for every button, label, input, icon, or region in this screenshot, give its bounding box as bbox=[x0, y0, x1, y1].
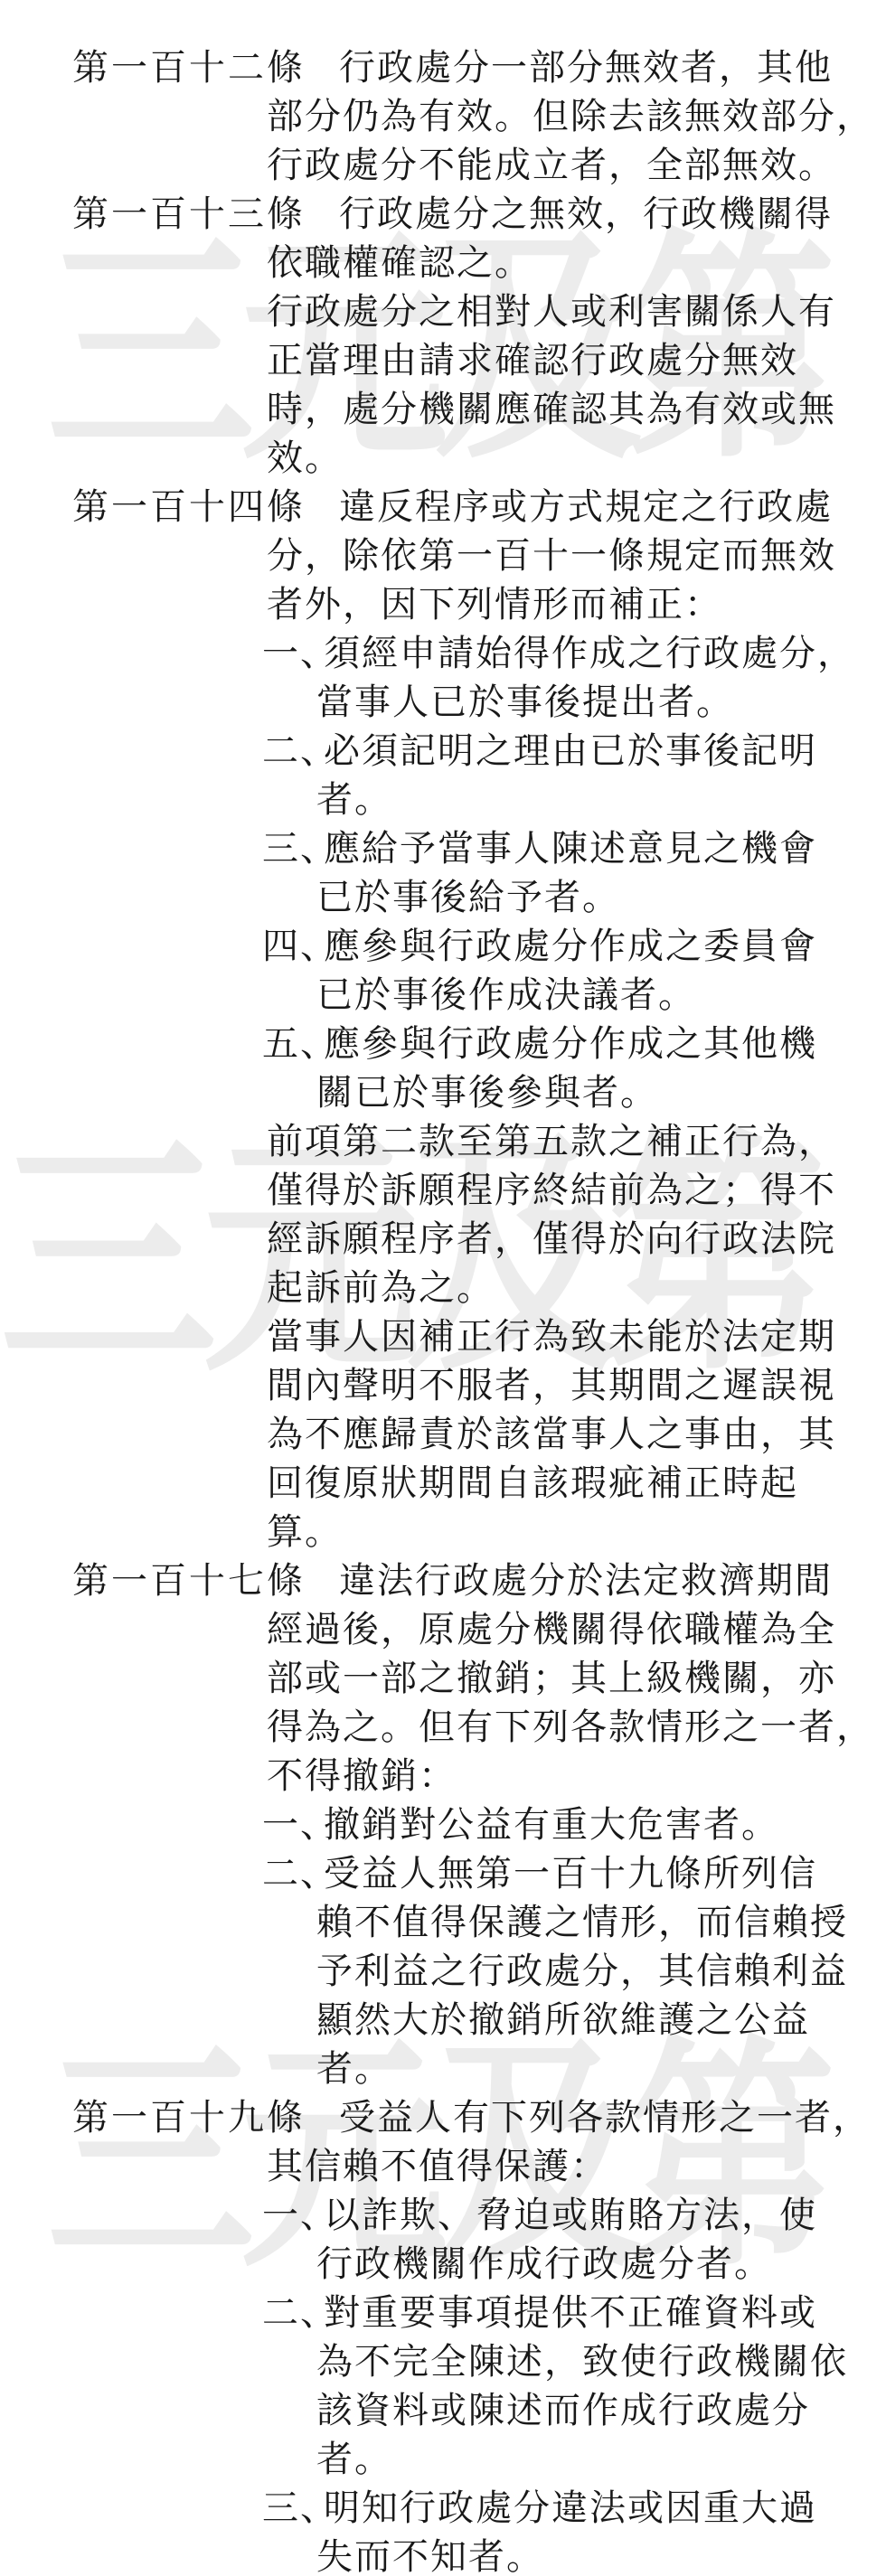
article-number: 第一百十九條 bbox=[72, 2093, 306, 2142]
line-text: 為不應歸責於該當事人之事由，其 bbox=[267, 1414, 836, 1454]
line-text: 應給予當事人陳述意見之機會 bbox=[324, 828, 817, 869]
line-text: 正當理由請求確認行政處分無效 bbox=[267, 340, 798, 381]
line-text: 部或一部之撤銷；其上級機關，亦 bbox=[267, 1658, 836, 1698]
line-text: 間內聲明不服者，其期間之遲誤視 bbox=[267, 1365, 836, 1406]
text-line: 關已於事後參與者。 bbox=[0, 1068, 886, 1117]
text-line: 其信賴不值得保護： bbox=[0, 2142, 886, 2191]
text-line: 者外，因下列情形而補正： bbox=[0, 580, 886, 629]
line-text: 應參與行政處分作成之其他機 bbox=[324, 1023, 817, 1064]
text-line: 經訴願程序者，僅得於向行政法院 bbox=[0, 1215, 886, 1264]
line-text: 其信賴不值得保護： bbox=[267, 2146, 608, 2186]
text-line: 第一百十七條違法行政處分於法定救濟期間 bbox=[0, 1556, 886, 1605]
text-line: 已於事後作成決議者。 bbox=[0, 971, 886, 1020]
text-line: 一、以詐欺、脅迫或賄賂方法，使 bbox=[0, 2191, 886, 2240]
text-line: 部或一部之撤銷；其上級機關，亦 bbox=[0, 1654, 886, 1703]
text-line: 分，除依第一百十一條規定而無效 bbox=[0, 531, 886, 580]
line-text: 顯然大於撤銷所欲維護之公益 bbox=[316, 1999, 810, 2040]
line-text: 行政處分不能成立者，全部無效。 bbox=[267, 145, 836, 185]
text-line: 賴不值得保護之情形，而信賴授 bbox=[0, 1898, 886, 1947]
line-text: 算。 bbox=[267, 1511, 343, 1552]
line-text: 失而不知者。 bbox=[316, 2536, 544, 2576]
line-text: 當事人因補正行為致未能於法定期 bbox=[267, 1316, 836, 1357]
line-text: 者外，因下列情形而補正： bbox=[267, 584, 722, 625]
line-text: 依職權確認之。 bbox=[267, 242, 533, 283]
line-text: 行政處分一部分無效者，其他 bbox=[339, 47, 833, 88]
text-line: 經過後，原處分機關得依職權為全 bbox=[0, 1605, 886, 1654]
text-line: 前項第二款至第五款之補正行為， bbox=[0, 1117, 886, 1166]
text-line: 三、應給予當事人陳述意見之機會 bbox=[0, 824, 886, 873]
line-text: 已於事後給予者。 bbox=[316, 877, 620, 917]
line-text: 撤銷對公益有重大危害者。 bbox=[324, 1804, 779, 1845]
line-text: 賴不值得保護之情形，而信賴授 bbox=[316, 1902, 848, 1942]
text-line: 一、須經申請始得作成之行政處分， bbox=[0, 629, 886, 678]
line-text: 經訴願程序者，僅得於向行政法院 bbox=[267, 1218, 836, 1259]
text-line: 該資料或陳述而作成行政處分 bbox=[0, 2386, 886, 2435]
line-text: 關已於事後參與者。 bbox=[316, 1072, 658, 1113]
line-text: 違反程序或方式規定之行政處 bbox=[339, 486, 833, 527]
line-text: 當事人已於事後提出者。 bbox=[316, 682, 734, 722]
article-number: 第一百十三條 bbox=[72, 190, 306, 239]
text-line: 行政處分之相對人或利害關係人有 bbox=[0, 287, 886, 336]
line-text: 部分仍為有效。但除去該無效部分， bbox=[267, 96, 874, 136]
text-line: 第一百十四條違反程序或方式規定之行政處 bbox=[0, 483, 886, 531]
line-text: 得為之。但有下列各款情形之一者， bbox=[267, 1706, 874, 1747]
line-text: 予利益之行政處分，其信賴利益 bbox=[316, 1951, 848, 1991]
text-line: 間內聲明不服者，其期間之遲誤視 bbox=[0, 1361, 886, 1410]
text-line: 行政處分不能成立者，全部無效。 bbox=[0, 141, 886, 190]
line-text: 僅得於訴願程序終結前為之；得不 bbox=[267, 1170, 836, 1210]
text-line: 二、對重要事項提供不正確資料或 bbox=[0, 2289, 886, 2337]
text-line: 五、應參與行政處分作成之其他機 bbox=[0, 1020, 886, 1068]
article-number: 第一百十七條 bbox=[72, 1556, 306, 1605]
text-line: 三、明知行政處分違法或因重大過 bbox=[0, 2484, 886, 2533]
text-line: 顯然大於撤銷所欲維護之公益 bbox=[0, 1996, 886, 2045]
line-text: 該資料或陳述而作成行政處分 bbox=[316, 2390, 810, 2430]
text-line: 已於事後給予者。 bbox=[0, 873, 886, 922]
text-line: 依職權確認之。 bbox=[0, 239, 886, 287]
text-line: 第一百十三條行政處分之無效，行政機關得 bbox=[0, 190, 886, 239]
line-text: 者。 bbox=[316, 2048, 392, 2089]
text-line: 為不應歸責於該當事人之事由，其 bbox=[0, 1410, 886, 1459]
text-line: 失而不知者。 bbox=[0, 2533, 886, 2576]
text-line: 二、必須記明之理由已於事後記明 bbox=[0, 727, 886, 776]
text-line: 算。 bbox=[0, 1508, 886, 1556]
line-text: 行政處分之相對人或利害關係人有 bbox=[267, 291, 836, 332]
line-text: 對重要事項提供不正確資料或 bbox=[324, 2292, 817, 2333]
line-text: 須經申請始得作成之行政處分， bbox=[324, 633, 855, 673]
line-text: 回復原狀期間自該瑕疵補正時起 bbox=[267, 1462, 798, 1503]
text-line: 行政機關作成行政處分者。 bbox=[0, 2240, 886, 2289]
text-line: 效。 bbox=[0, 434, 886, 483]
text-line: 時，處分機關應確認其為有效或無 bbox=[0, 385, 886, 434]
text-line: 第一百十二條行政處分一部分無效者，其他 bbox=[0, 43, 886, 92]
line-text: 不得撤銷： bbox=[267, 1755, 457, 1796]
line-text: 時，處分機關應確認其為有效或無 bbox=[267, 389, 836, 429]
text-line: 者。 bbox=[0, 2435, 886, 2484]
line-text: 行政處分之無效，行政機關得 bbox=[339, 193, 833, 234]
line-text: 受益人有下列各款情形之一者， bbox=[339, 2097, 871, 2138]
line-text: 者。 bbox=[316, 779, 392, 820]
text-line: 第一百十九條受益人有下列各款情形之一者， bbox=[0, 2093, 886, 2142]
text-line: 為不完全陳述，致使行政機關依 bbox=[0, 2337, 886, 2386]
text-line: 不得撤銷： bbox=[0, 1752, 886, 1800]
text-line: 一、撤銷對公益有重大危害者。 bbox=[0, 1800, 886, 1849]
article-number: 第一百十四條 bbox=[72, 483, 306, 531]
scanned-law-page: 三元及第 三元及第 三元及第 第一百十二條行政處分一部分無效者，其他部分仍為有效… bbox=[0, 0, 886, 2576]
document-content: 第一百十二條行政處分一部分無效者，其他部分仍為有效。但除去該無效部分，行政處分不… bbox=[0, 43, 886, 2576]
line-text: 以詐欺、脅迫或賄賂方法，使 bbox=[324, 2195, 817, 2235]
text-line: 當事人因補正行為致未能於法定期 bbox=[0, 1312, 886, 1361]
line-text: 行政機關作成行政處分者。 bbox=[316, 2243, 772, 2284]
line-text: 前項第二款至第五款之補正行為， bbox=[267, 1121, 836, 1161]
text-line: 部分仍為有效。但除去該無效部分， bbox=[0, 92, 886, 141]
line-text: 效。 bbox=[267, 437, 343, 478]
line-text: 違法行政處分於法定救濟期間 bbox=[339, 1560, 833, 1601]
line-text: 經過後，原處分機關得依職權為全 bbox=[267, 1609, 836, 1650]
line-text: 受益人無第一百十九條所列信 bbox=[324, 1853, 817, 1894]
line-text: 分，除依第一百十一條規定而無效 bbox=[267, 535, 836, 576]
text-line: 四、應參與行政處分作成之委員會 bbox=[0, 922, 886, 971]
text-line: 予利益之行政處分，其信賴利益 bbox=[0, 1947, 886, 1996]
line-text: 起訴前為之。 bbox=[267, 1267, 495, 1308]
text-line: 者。 bbox=[0, 776, 886, 824]
line-text: 者。 bbox=[316, 2439, 392, 2479]
text-line: 僅得於訴願程序終結前為之；得不 bbox=[0, 1166, 886, 1215]
text-line: 者。 bbox=[0, 2045, 886, 2093]
text-line: 正當理由請求確認行政處分無效 bbox=[0, 336, 886, 385]
line-text: 為不完全陳述，致使行政機關依 bbox=[316, 2341, 848, 2382]
article-number: 第一百十二條 bbox=[72, 43, 306, 92]
line-text: 明知行政處分違法或因重大過 bbox=[324, 2487, 817, 2528]
line-text: 應參與行政處分作成之委員會 bbox=[324, 926, 817, 966]
text-line: 回復原狀期間自該瑕疵補正時起 bbox=[0, 1459, 886, 1508]
line-text: 已於事後作成決議者。 bbox=[316, 974, 696, 1015]
text-line: 起訴前為之。 bbox=[0, 1264, 886, 1312]
text-line: 二、受益人無第一百十九條所列信 bbox=[0, 1849, 886, 1898]
text-line: 當事人已於事後提出者。 bbox=[0, 678, 886, 727]
text-line: 得為之。但有下列各款情形之一者， bbox=[0, 1703, 886, 1752]
line-text: 必須記明之理由已於事後記明 bbox=[324, 730, 817, 771]
